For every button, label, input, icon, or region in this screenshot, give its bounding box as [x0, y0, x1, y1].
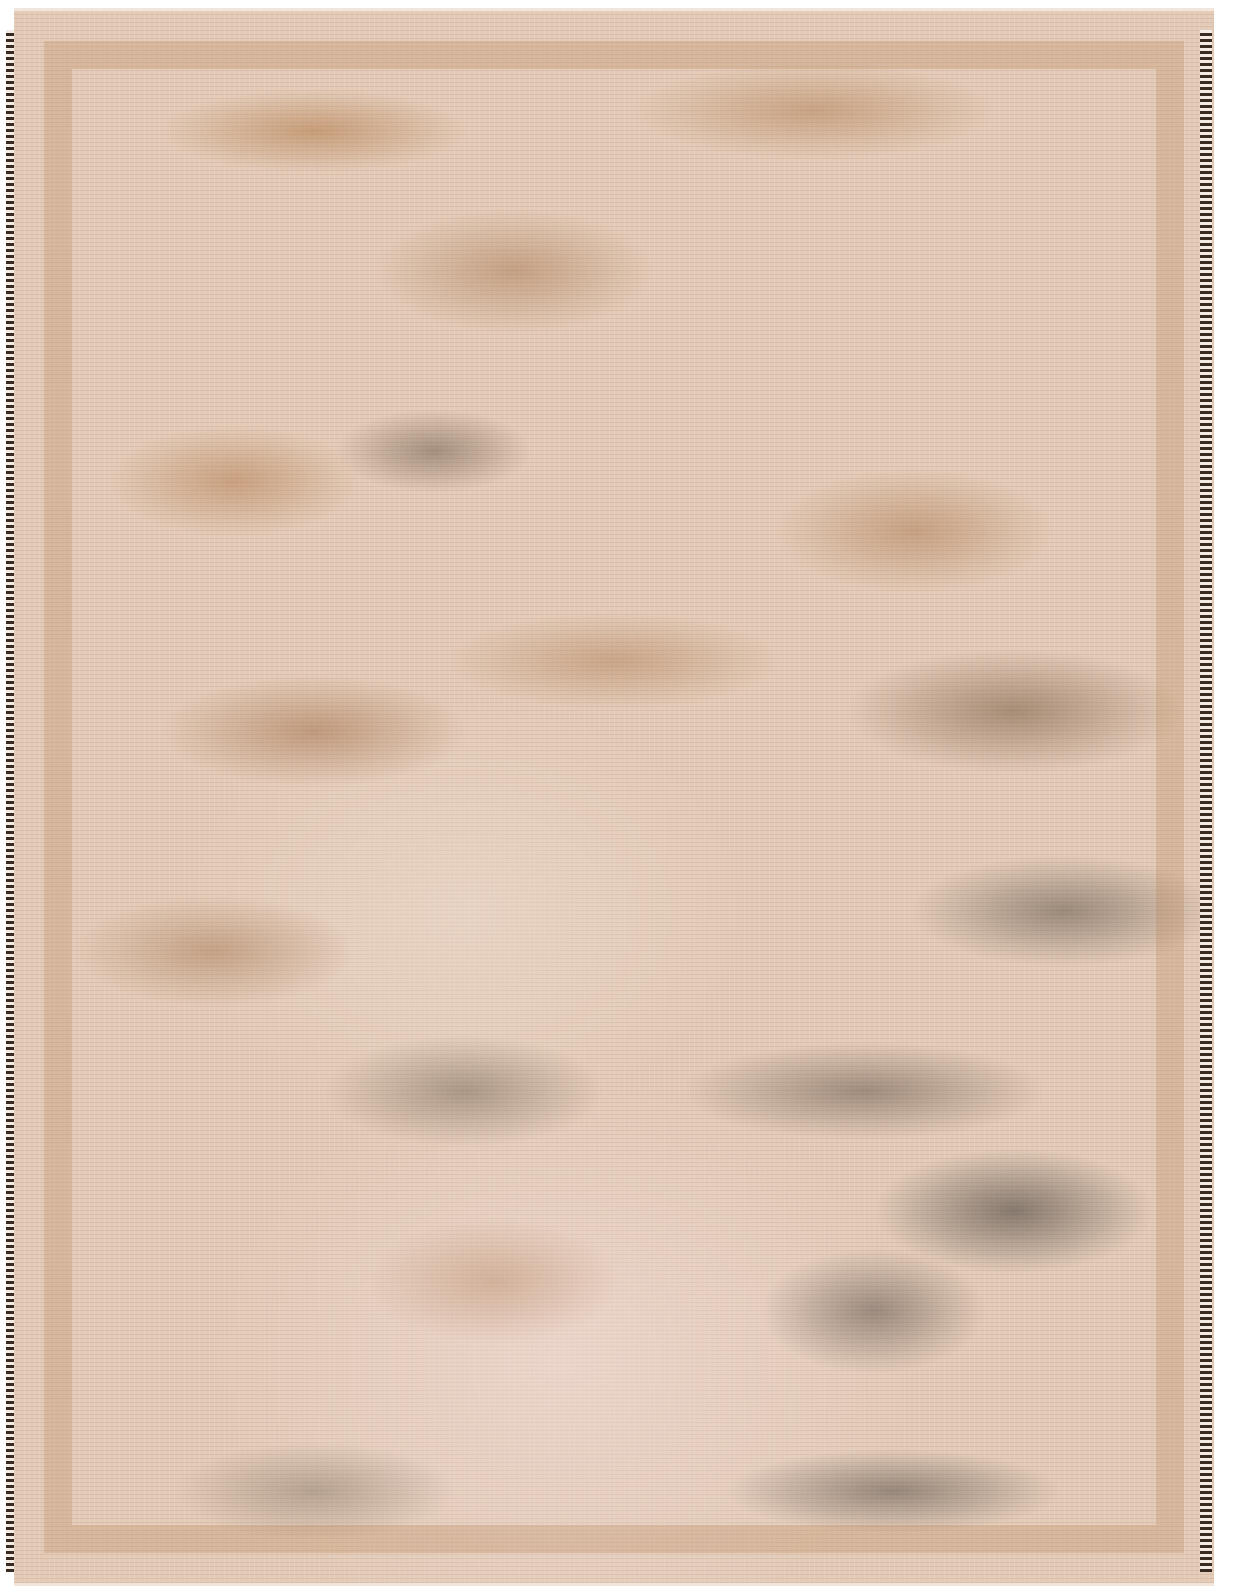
rug-border-frame: [44, 41, 1184, 1553]
photo-stage: [0, 0, 1238, 1592]
rug-right-selvage: [1200, 30, 1212, 1572]
rug: [14, 8, 1214, 1586]
